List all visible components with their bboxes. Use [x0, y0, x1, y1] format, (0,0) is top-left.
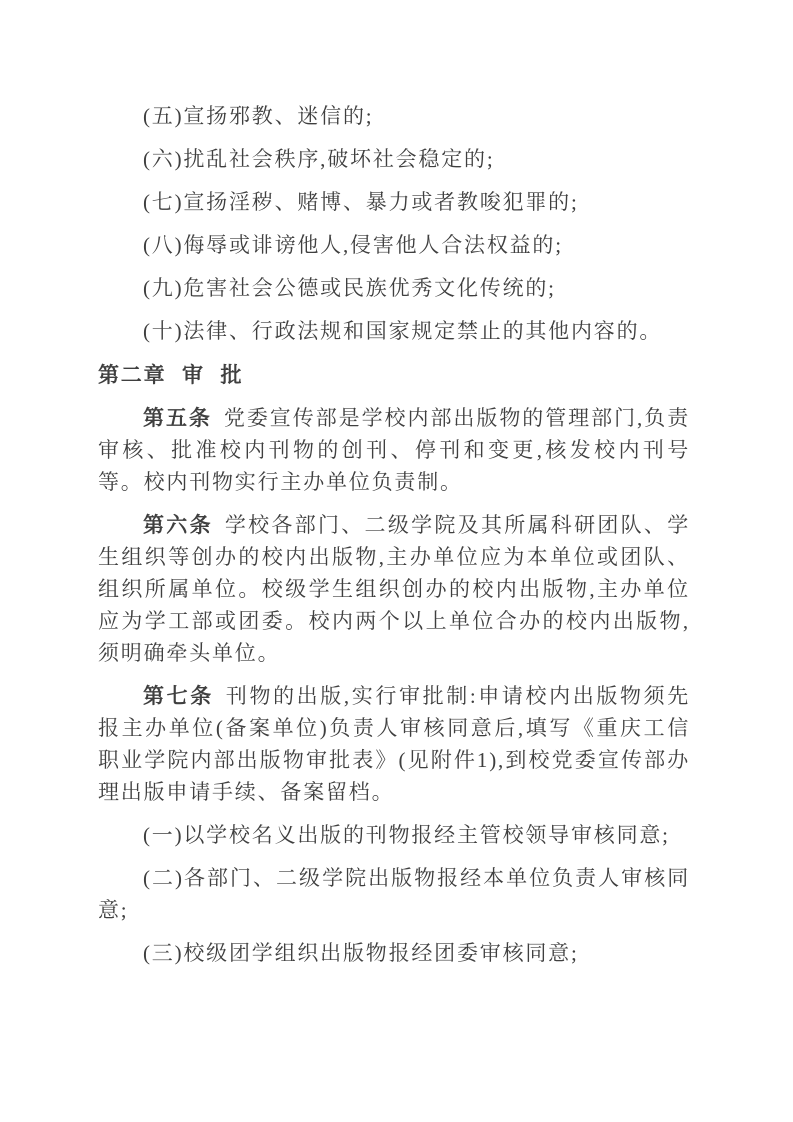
clause-item-10: (十)法律、行政法规和国家规定禁止的其他内容的。: [98, 315, 690, 347]
clause-item-8: (八)侮辱或诽谤他人,侵害他人合法权益的;: [98, 229, 690, 261]
document-page: (五)宣扬邪教、迷信的; (六)扰乱社会秩序,破坏社会稳定的; (七)宣扬淫秽、…: [0, 0, 793, 1122]
article-6-label: 第六条: [143, 513, 213, 537]
article-7-label: 第七条: [143, 684, 214, 708]
approval-sub-item-3: (三)校级团学组织出版物报经团委审核同意;: [98, 937, 690, 969]
clause-item-5: (五)宣扬邪教、迷信的;: [98, 100, 690, 132]
approval-sub-item-1: (一)以学校名义出版的刊物报经主管校领导审核同意;: [98, 819, 690, 851]
approval-sub-item-2: (二)各部门、二级学院出版物报经本单位负责人审核同意;: [98, 862, 690, 926]
article-5-paragraph: 第五条党委宣传部是学校内部出版物的管理部门,负责审核、批准校内刊物的创刊、停刊和…: [98, 402, 690, 498]
document-content: (五)宣扬邪教、迷信的; (六)扰乱社会秩序,破坏社会稳定的; (七)宣扬淫秽、…: [98, 100, 690, 980]
clause-item-9: (九)危害社会公德或民族优秀文化传统的;: [98, 272, 690, 304]
article-5-label: 第五条: [143, 406, 212, 430]
chapter-heading: 第二章 审 批: [98, 360, 690, 392]
clause-item-6: (六)扰乱社会秩序,破坏社会稳定的;: [98, 143, 690, 175]
article-7-paragraph: 第七条刊物的出版,实行审批制:申请校内出版物须先报主办单位(备案单位)负责人审核…: [98, 680, 690, 808]
article-6-paragraph: 第六条学校各部门、二级学院及其所属科研团队、学生组织等创办的校内出版物,主办单位…: [98, 509, 690, 669]
clause-item-7: (七)宣扬淫秽、赌博、暴力或者教唆犯罪的;: [98, 186, 690, 218]
